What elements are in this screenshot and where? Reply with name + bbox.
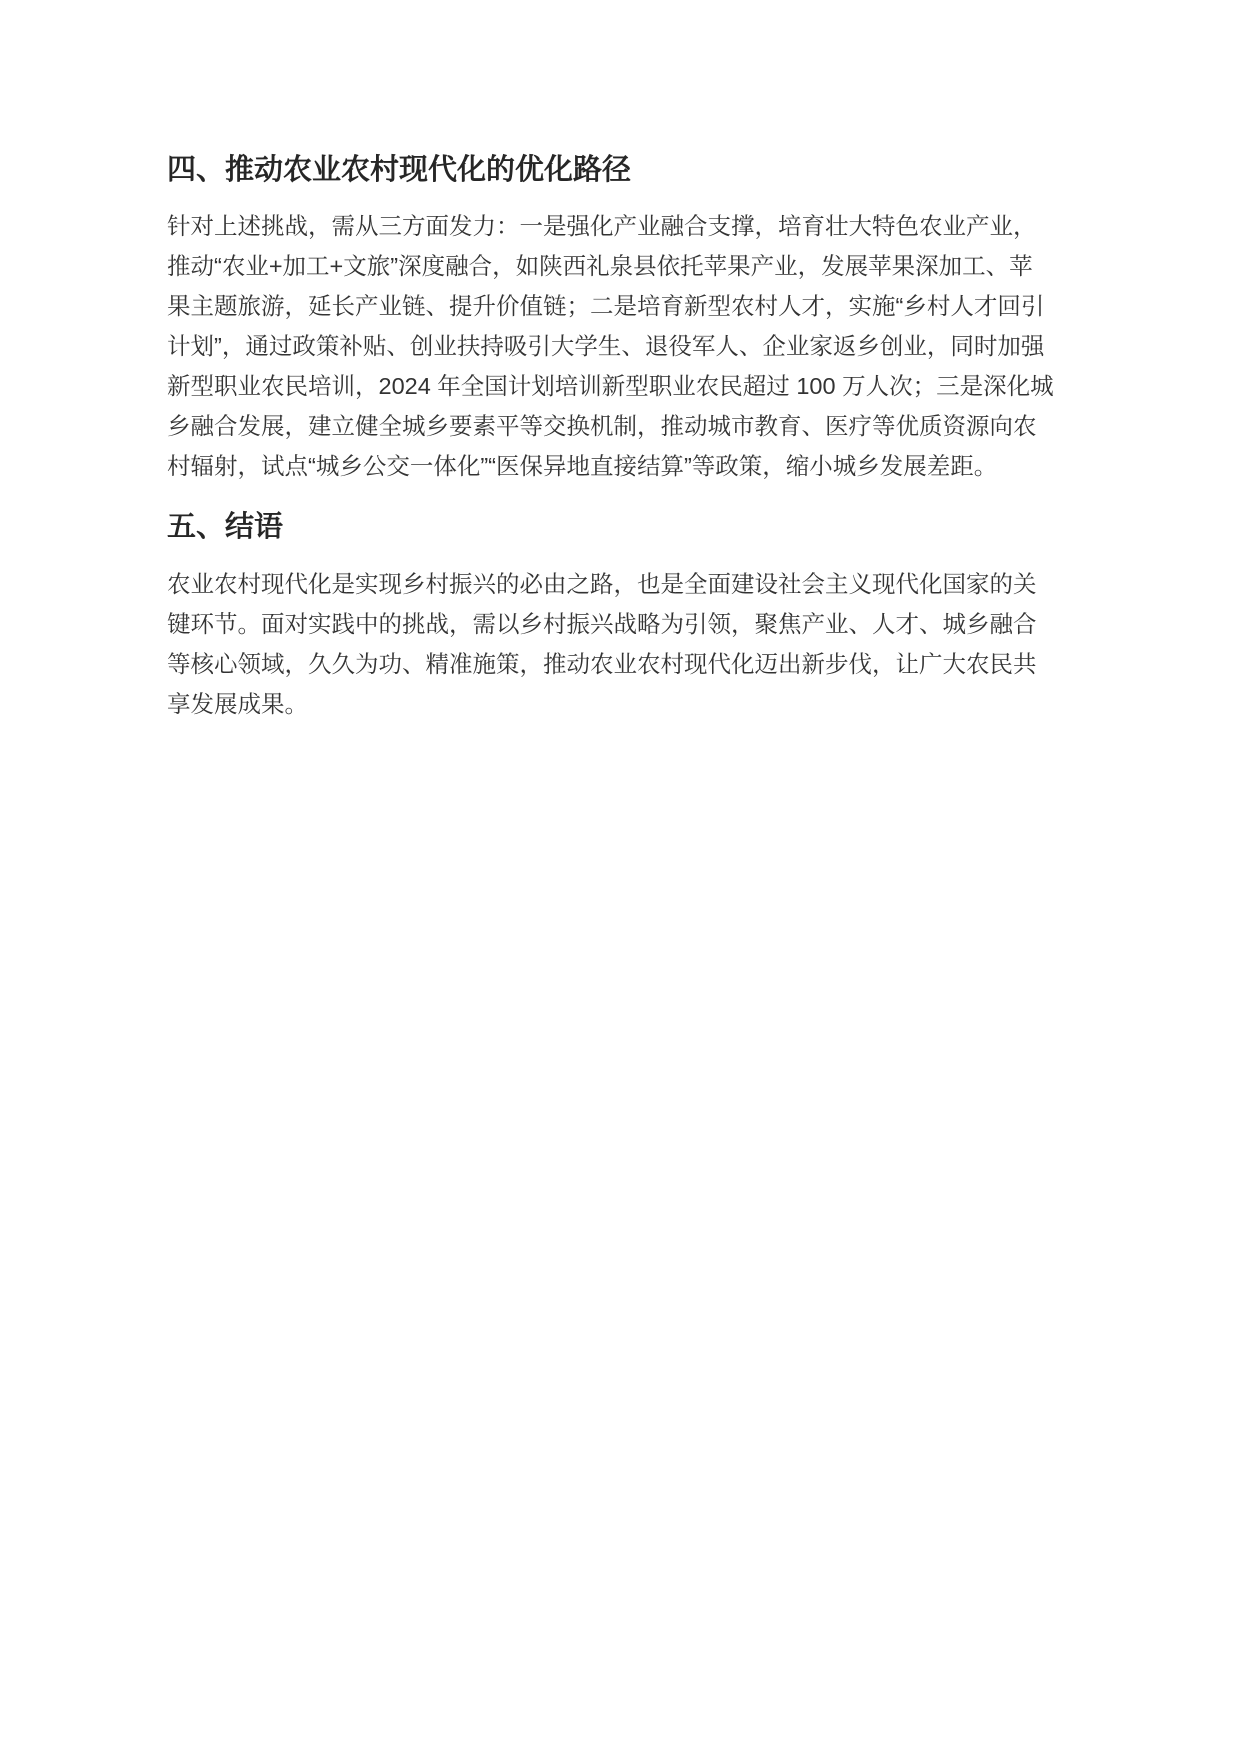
paragraph-line: 享发展成果。 bbox=[167, 684, 1123, 724]
section-heading-conclusion: 五、结语 bbox=[167, 506, 1123, 548]
paragraph-line: 键环节。面对实践中的挑战，需以乡村振兴战略为引领，聚焦产业、人才、城乡融合 bbox=[167, 604, 1123, 644]
paragraph-line: 计划”，通过政策补贴、创业扶持吸引大学生、退役军人、企业家返乡创业，同时加强 bbox=[167, 326, 1123, 366]
paragraph-line: 果主题旅游，延长产业链、提升价值链；二是培育新型农村人才，实施“乡村人才回引 bbox=[167, 286, 1123, 326]
document-page: 四、推动农业农村现代化的优化路径 针对上述挑战，需从三方面发力：一是强化产业融合… bbox=[0, 0, 1241, 1755]
paragraph-line: 推动“农业+加工+文旅”深度融合，如陕西礼泉县依托苹果产业，发展苹果深加工、苹 bbox=[167, 246, 1123, 286]
paragraph-line: 农业农村现代化是实现乡村振兴的必由之路，也是全面建设社会主义现代化国家的关 bbox=[167, 564, 1123, 604]
paragraph-line: 等核心领域，久久为功、精准施策，推动农业农村现代化迈出新步伐，让广大农民共 bbox=[167, 644, 1123, 684]
paragraph-line: 新型职业农民培训，2024 年全国计划培训新型职业农民超过 100 万人次；三是… bbox=[167, 366, 1123, 406]
paragraph-conclusion: 农业农村现代化是实现乡村振兴的必由之路，也是全面建设社会主义现代化国家的关 键环… bbox=[167, 564, 1123, 724]
document-content: 四、推动农业农村现代化的优化路径 针对上述挑战，需从三方面发力：一是强化产业融合… bbox=[0, 0, 1241, 724]
paragraph-line: 村辐射，试点“城乡公交一体化”“医保异地直接结算”等政策，缩小城乡发展差距。 bbox=[167, 446, 1123, 486]
paragraph-line: 针对上述挑战，需从三方面发力：一是强化产业融合支撑，培育壮大特色农业产业， bbox=[167, 206, 1123, 246]
section-heading-path-optimization: 四、推动农业农村现代化的优化路径 bbox=[167, 149, 1123, 191]
paragraph-line: 乡融合发展，建立健全城乡要素平等交换机制，推动城市教育、医疗等优质资源向农 bbox=[167, 406, 1123, 446]
paragraph-path-optimization: 针对上述挑战，需从三方面发力：一是强化产业融合支撑，培育壮大特色农业产业， 推动… bbox=[167, 206, 1123, 486]
